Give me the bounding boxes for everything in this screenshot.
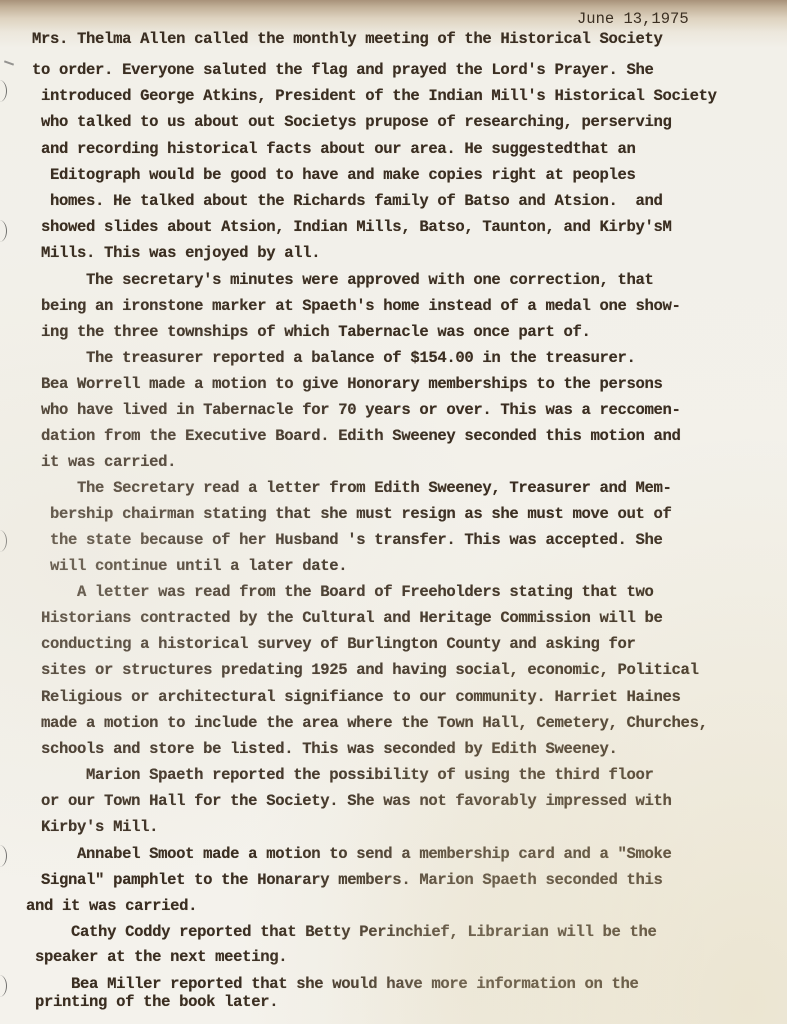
punch-hole-mark [0, 975, 7, 997]
text-line: Mrs. Thelma Allen called the monthly mee… [32, 30, 663, 48]
text-line: Editograph would be good to have and mak… [32, 166, 636, 184]
text-line: who have lived in Tabernacle for 70 year… [32, 401, 681, 419]
text-line: who talked to us about out Societys prup… [32, 113, 672, 131]
text-line: it was carried. [32, 453, 176, 471]
text-line: Marion Spaeth reported the possibility o… [32, 766, 654, 784]
text-line: The treasurer reported a balance of $154… [32, 349, 636, 367]
document-date: June 13,1975 [577, 10, 689, 28]
text-line: printing of the book later. [26, 993, 278, 1011]
margin-mark [4, 60, 14, 65]
text-line: Religious or architectural signifiance t… [32, 688, 681, 706]
text-line: Kirby's Mill. [32, 818, 158, 836]
text-line: the state because of her Husband 's tran… [32, 531, 663, 549]
scanned-page: June 13,1975 Mrs. Thelma Allen called th… [0, 0, 787, 1024]
text-line: The secretary's minutes were approved wi… [32, 271, 654, 289]
text-line: Annabel Smoot made a motion to send a me… [32, 845, 672, 863]
text-line: bership chairman stating that she must r… [32, 505, 672, 523]
text-line: homes. He talked about the Richards fami… [32, 192, 663, 210]
text-line: Mills. This was enjoyed by all. [32, 244, 320, 262]
text-line: introduced George Atkins, President of t… [32, 87, 717, 105]
text-line: speaker at the next meeting. [26, 948, 287, 966]
text-line: dation from the Executive Board. Edith S… [32, 427, 681, 445]
punch-hole-mark [0, 220, 7, 242]
text-line: Bea Worrell made a motion to give Honora… [32, 375, 663, 393]
text-line: Cathy Coddy reported that Betty Perinchi… [26, 923, 657, 941]
text-line: or our Town Hall for the Society. She wa… [32, 792, 672, 810]
punch-hole-mark [0, 530, 7, 552]
text-line: schools and store be listed. This was se… [32, 740, 618, 758]
text-line: being an ironstone marker at Spaeth's ho… [32, 297, 681, 315]
text-line: and it was carried. [26, 897, 197, 915]
text-line: Signal" pamphlet to the Honarary members… [32, 871, 663, 889]
text-line: A letter was read from the Board of Free… [32, 583, 654, 601]
punch-hole-mark [0, 845, 7, 867]
text-line: made a motion to include the area where … [32, 714, 708, 732]
text-line: ing the three townships of which Taberna… [32, 323, 590, 341]
text-line: will continue until a later date. [32, 557, 347, 575]
text-line: conducting a historical survey of Burlin… [32, 635, 636, 653]
text-line: Historians contracted by the Cultural an… [32, 609, 663, 627]
text-line: Bea Miller reported that she would have … [26, 975, 639, 993]
punch-hole-mark [0, 80, 7, 102]
text-line: The Secretary read a letter from Edith S… [32, 479, 672, 497]
text-line: and recording historical facts about our… [32, 140, 636, 158]
text-line: showed slides about Atsion, Indian Mills… [32, 218, 672, 236]
text-line: to order. Everyone saluted the flag and … [32, 61, 654, 79]
text-line: sites or structures predating 1925 and h… [32, 661, 699, 679]
